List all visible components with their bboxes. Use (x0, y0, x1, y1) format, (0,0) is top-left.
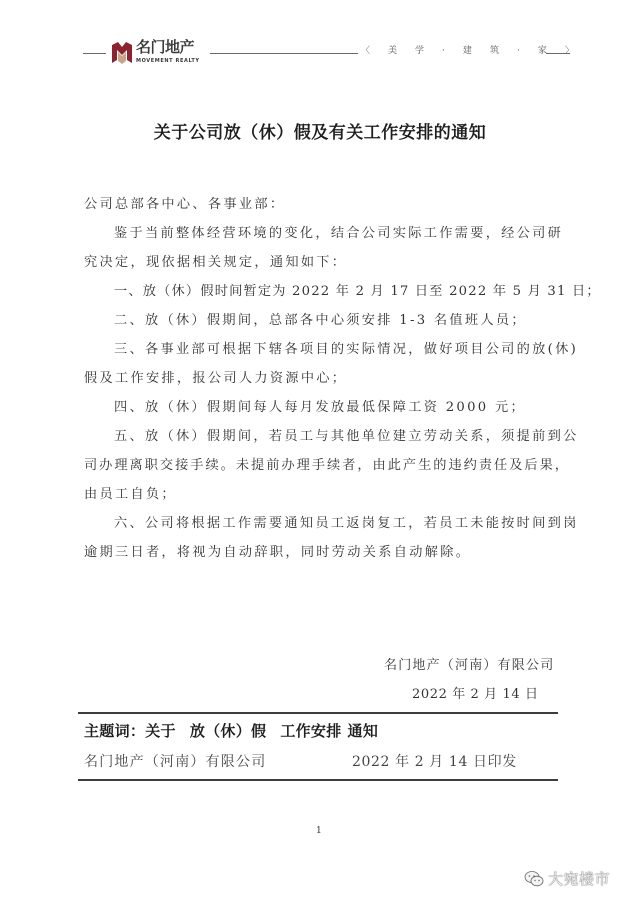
item-6-line-1: 六、公司将根据工作需要通知员工返岗复工，若员工未能按时间到岗 (114, 509, 594, 538)
header-line-left (83, 53, 106, 54)
item-3-line-1: 三、各事业部可根据下辖各项目的实际情况，做好项目公司的放(休) (114, 335, 594, 364)
subject-term: 工作安排 (280, 722, 341, 740)
tagline-dot: · (442, 45, 445, 57)
intro-line-1: 鉴于当前整体经营环境的变化，结合公司实际工作需要，经公司研 (114, 219, 594, 248)
item-1: 一、放（休）假时间暂定为 2022 年 2 月 17 日至 2022 年 5 月… (114, 277, 594, 306)
intro-line-2: 究决定，现依据相关规定，通知如下： (84, 248, 564, 277)
tagline-char: 筑 (490, 45, 499, 57)
signature-company: 名门地产（河南）有限公司 (384, 654, 554, 673)
item-2: 二、放（休）假期间，总部各中心须安排 1-3 名值班人员； (114, 306, 594, 335)
tagline-char: 学 (415, 45, 424, 57)
header-line-middle (210, 53, 358, 54)
watermark-text: 大宛楼市 (548, 868, 610, 889)
issuer-name: 名门地产（河南）有限公司 (84, 751, 266, 771)
subject-label: 主题词： (84, 722, 145, 740)
logo-chinese-name: 名门地产 (136, 39, 194, 55)
item-5-line-2: 司办理离职交接手续。未提前办理手续者，由此产生的违约责任及后果， (84, 451, 564, 480)
brand-tagline: 〈美学·建筑·家〉 (361, 45, 583, 57)
signature-date: 2022 年 2 月 14 日 (412, 683, 539, 702)
item-5-line-1: 五、放（休）假期间，若员工与其他单位建立劳动关系，须提前到公 (114, 422, 594, 451)
subject-keywords: 主题词：关于放（休）假工作安排通知 (84, 720, 392, 741)
item-4: 四、放（休）假期间每人每月发放最低保障工资 2000 元； (114, 393, 594, 422)
logo-english-name: MOVEMENT REALTY (136, 58, 200, 64)
tagline-bracket-open: 〈 (361, 45, 370, 57)
footer-top-rule (78, 712, 558, 714)
item-6-line-2: 逾期三日者，将视为自动辞职，同时劳动关系自动解除。 (84, 538, 564, 567)
item-3-line-2: 假及工作安排，报公司人力资源中心； (84, 364, 564, 393)
issue-date: 2022 年 2 月 14 日印发 (352, 751, 517, 771)
tagline-char: 建 (463, 45, 472, 57)
salutation: 公司总部各中心、各事业部： (84, 190, 564, 219)
wechat-icon (524, 870, 544, 888)
subject-term: 关于 (145, 722, 176, 740)
tagline-char: 家 (538, 45, 547, 57)
tagline-char: 美 (388, 45, 397, 57)
document-title: 关于公司放（休）假及有关工作安排的通知 (0, 118, 640, 143)
tagline-bracket-close: 〉 (565, 45, 574, 57)
subject-term: 通知 (348, 722, 379, 740)
item-5-line-3: 由员工自负； (84, 480, 564, 509)
tagline-dot: · (517, 45, 520, 57)
watermark: 大宛楼市 (524, 868, 610, 889)
footer-bottom-rule (78, 779, 558, 781)
brand-logo-icon (111, 41, 133, 65)
subject-term: 放（休）假 (190, 722, 267, 740)
header-line-right (546, 53, 570, 54)
page-number: 1 (316, 826, 322, 836)
